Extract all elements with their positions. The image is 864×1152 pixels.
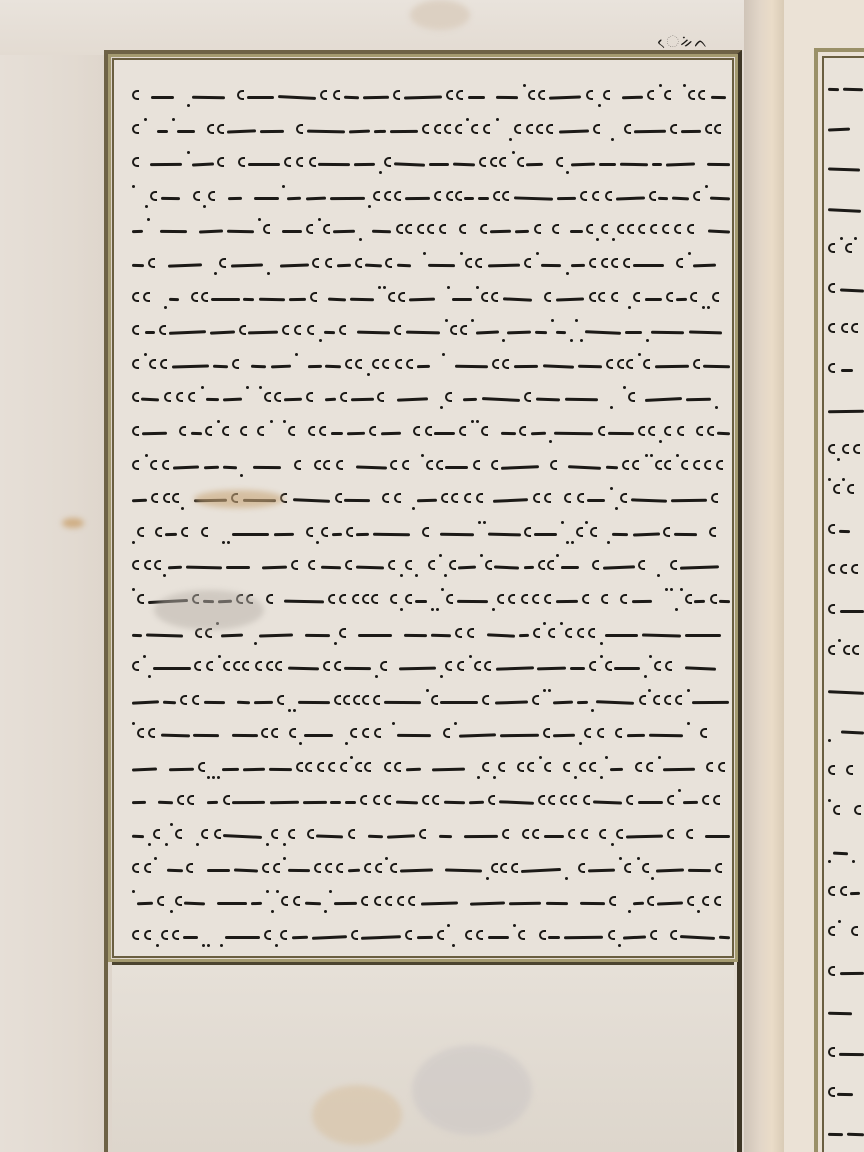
script-line bbox=[828, 834, 864, 874]
script-line bbox=[132, 280, 732, 314]
stain bbox=[312, 1085, 402, 1145]
left-margin bbox=[0, 0, 120, 1152]
script-line bbox=[828, 392, 864, 432]
script-line bbox=[132, 414, 732, 448]
stain bbox=[62, 518, 84, 528]
script-line bbox=[828, 713, 864, 753]
script-line bbox=[828, 150, 864, 190]
script-line bbox=[828, 191, 864, 231]
script-line bbox=[132, 649, 732, 683]
script-line bbox=[828, 753, 864, 793]
text-frame bbox=[112, 58, 734, 958]
script-line bbox=[132, 817, 732, 851]
script-line bbox=[132, 716, 732, 750]
script-line bbox=[132, 78, 732, 112]
script-line bbox=[828, 1115, 864, 1152]
book-gutter bbox=[744, 0, 784, 1152]
script-line bbox=[132, 347, 732, 381]
script-line bbox=[132, 884, 732, 918]
script-line bbox=[828, 70, 864, 110]
script-line bbox=[828, 914, 864, 954]
script-line bbox=[132, 246, 732, 280]
script-line bbox=[132, 112, 732, 146]
catchword: ᨙᨀᨗᨈ bbox=[658, 32, 709, 52]
script-line bbox=[828, 432, 864, 472]
script-line bbox=[132, 313, 732, 347]
script-line bbox=[132, 683, 732, 717]
script-line bbox=[828, 633, 864, 673]
script-line bbox=[828, 793, 864, 833]
script-line bbox=[828, 1035, 864, 1075]
script-line bbox=[828, 472, 864, 512]
script-line bbox=[828, 954, 864, 994]
left-page bbox=[104, 50, 744, 1152]
script-line bbox=[132, 783, 732, 817]
script-line bbox=[828, 874, 864, 914]
script-line bbox=[828, 231, 864, 271]
script-line bbox=[132, 448, 732, 482]
script-line bbox=[132, 145, 732, 179]
script-line bbox=[132, 750, 732, 784]
empty-lower-panel bbox=[112, 962, 734, 1152]
script-line bbox=[828, 994, 864, 1034]
script-line bbox=[828, 110, 864, 150]
script-line bbox=[828, 673, 864, 713]
script-line bbox=[828, 271, 864, 311]
script-line bbox=[828, 351, 864, 391]
stain bbox=[410, 0, 470, 30]
script-line bbox=[132, 380, 732, 414]
script-line bbox=[132, 851, 732, 885]
right-page-text-block bbox=[828, 70, 864, 1152]
stain bbox=[154, 590, 264, 630]
script-line bbox=[828, 311, 864, 351]
script-line bbox=[828, 552, 864, 592]
script-line bbox=[132, 515, 732, 549]
script-line bbox=[828, 1075, 864, 1115]
stain bbox=[194, 490, 284, 508]
stain bbox=[412, 1045, 532, 1135]
script-line bbox=[828, 512, 864, 552]
script-line bbox=[828, 592, 864, 632]
text-block bbox=[132, 78, 732, 951]
script-line bbox=[132, 212, 732, 246]
script-line bbox=[132, 179, 732, 213]
script-line bbox=[132, 548, 732, 582]
script-line bbox=[132, 918, 732, 952]
